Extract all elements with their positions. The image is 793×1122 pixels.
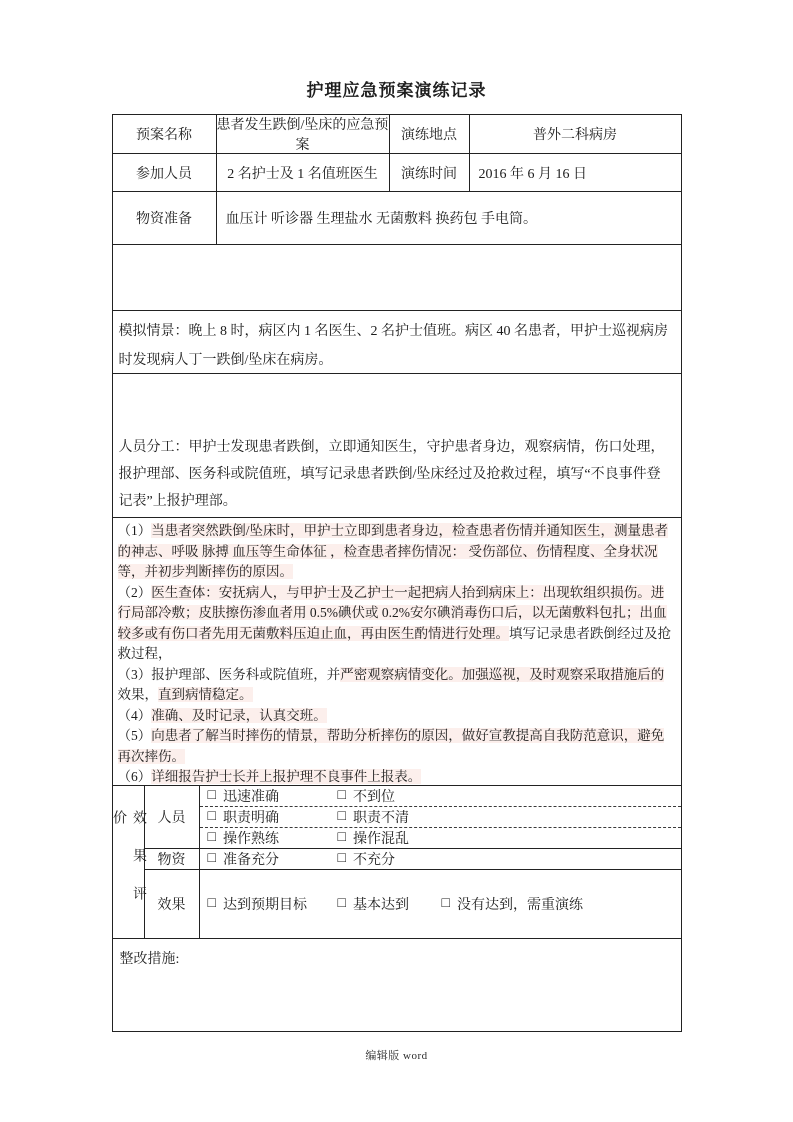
checkbox-label: 职责明确 (223, 807, 279, 827)
evaluation-row: 效果□达到预期目标□基本达到□没有达到，需重演练 (145, 870, 681, 938)
procedure-item: （1）当患者突然跌倒/坠床时，甲护士立即到患者身边，检查患者伤情并通知医生，测量… (118, 521, 676, 583)
checkbox-option[interactable]: □不到位 (338, 786, 442, 806)
drill-record-table: 预案名称 患者发生跌倒/坠床的应急预案 演练地点 普外二科病房 参加人员 2 名… (112, 114, 682, 1032)
option-row: □职责明确□职责不清 (200, 806, 681, 827)
checkbox-icon[interactable]: □ (338, 810, 346, 824)
option-row: □达到预期目标□基本达到□没有达到，需重演练 (200, 870, 681, 938)
participants-value: 2 名护士及 1 名值班医生 (217, 154, 390, 191)
location-value: 普外二科病房 (470, 115, 681, 153)
evaluation-category: 效果 (145, 870, 200, 938)
plain-text: （4） (118, 708, 152, 723)
plain-text: （6） (118, 769, 152, 784)
plain-text: （1） (118, 523, 152, 538)
table-row: 预案名称 患者发生跌倒/坠床的应急预案 演练地点 普外二科病房 (113, 115, 681, 154)
evaluation-rows: 人员□迅速准确□不到位□职责明确□职责不清□操作熟练□操作混乱物资□准备充分□不… (145, 786, 681, 938)
footer-note: 编辑版 word (0, 1047, 793, 1063)
procedure-item: （2）医生查体：安抚病人，与甲护士及乙护士一起把病人抬到病床上：出现软组织损伤。… (118, 583, 676, 665)
checkbox-option[interactable]: □操作混乱 (338, 828, 442, 848)
checkbox-label: 基本达到 (353, 894, 409, 914)
checkbox-option[interactable]: □操作熟练 (208, 828, 338, 848)
table-row: （1）当患者突然跌倒/坠床时，甲护士立即到患者身边，检查患者伤情并通知医生，测量… (113, 518, 681, 786)
checkbox-icon[interactable]: □ (338, 831, 346, 845)
plain-text: （3）报护理部、医务科或院值班，并 (118, 667, 341, 682)
evaluation-label: 效果评价 (113, 786, 145, 938)
checkbox-icon[interactable]: □ (208, 789, 216, 803)
checkbox-icon[interactable]: □ (442, 897, 450, 911)
checkbox-label: 职责不清 (353, 807, 409, 827)
page-title: 护理应急预案演练记录 (0, 0, 793, 101)
checkbox-icon[interactable]: □ (208, 852, 216, 866)
evaluation-row: 物资□准备充分□不充分 (145, 849, 681, 870)
highlighted-text: 向患者了解当时摔伤的情景，帮助分析摔伤的原因，做好宣教提高自我防范意识，避免再次… (118, 728, 665, 764)
plain-text: 效果， (118, 687, 159, 702)
checkbox-label: 达到预期目标 (223, 894, 307, 914)
checkbox-icon[interactable]: □ (338, 897, 346, 911)
checkbox-option[interactable]: □职责明确 (208, 807, 338, 827)
table-row: 参加人员 2 名护士及 1 名值班医生 演练时间 2016 年 6 月 16 日 (113, 154, 681, 192)
participants-label: 参加人员 (113, 154, 217, 191)
checkbox-icon[interactable]: □ (338, 789, 346, 803)
evaluation-options: □迅速准确□不到位□职责明确□职责不清□操作熟练□操作混乱 (200, 786, 681, 848)
time-label: 演练时间 (390, 154, 470, 191)
checkbox-label: 操作熟练 (223, 828, 279, 848)
procedure-list: （1）当患者突然跌倒/坠床时，甲护士立即到患者身边，检查患者伤情并通知医生，测量… (113, 518, 681, 785)
table-row: 演练目的:1.考核本科医生、护士对患者突发跌倒的处理应变能力及工作中的相互配合情… (113, 245, 681, 311)
procedure-item: （4）准确、及时记录，认真交班。 (118, 706, 676, 727)
plain-text: （2） (118, 585, 152, 600)
checkbox-option[interactable]: □迅速准确 (208, 786, 338, 806)
checkbox-icon[interactable]: □ (208, 810, 216, 824)
evaluation-options: □达到预期目标□基本达到□没有达到，需重演练 (200, 870, 681, 938)
checkbox-label: 准备充分 (223, 849, 279, 869)
checkbox-option[interactable]: □不充分 (338, 849, 442, 869)
procedure-item: （6）详细报告护士长并上报护理不良事件上报表。 (118, 767, 676, 785)
evaluation-category: 物资 (145, 849, 200, 869)
procedure-item: （3）报护理部、医务科或院值班，并严密观察病情变化。加强巡视，及时观察采取措施后… (118, 665, 676, 706)
staff-division-para1: 人员分工：甲护士发现患者跌倒，立即通知医生，守护患者身边，观察病情，伤口处理，报… (119, 434, 675, 515)
evaluation-category: 人员 (145, 786, 200, 848)
option-row: □迅速准确□不到位 (200, 786, 681, 806)
highlighted-text: 直到病情稳定。 (158, 687, 253, 702)
checkbox-icon[interactable]: □ (208, 897, 216, 911)
drill-purpose: 演练目的:1.考核本科医生、护士对患者突发跌倒的处理应变能力及工作中的相互配合情… (113, 245, 681, 310)
checkbox-icon[interactable]: □ (208, 831, 216, 845)
checkbox-option[interactable]: □达到预期目标 (208, 894, 338, 914)
plan-name-label: 预案名称 (113, 115, 217, 153)
table-row: 人员分工：甲护士发现患者跌倒，立即通知医生，守护患者身边，观察病情，伤口处理，报… (113, 374, 681, 518)
time-value: 2016 年 6 月 16 日 (470, 154, 681, 191)
checkbox-label: 不充分 (353, 849, 395, 869)
evaluation-label-text: 效果评价 (108, 786, 148, 938)
highlighted-text: 当患者突然跌倒/坠床时，甲护士立即到患者身边，检查患者伤情并通知医生，测量患者的… (118, 523, 669, 579)
checkbox-option[interactable]: □基本达到 (338, 894, 442, 914)
checkbox-label: 不到位 (353, 786, 395, 806)
procedure-item: （5）向患者了解当时摔伤的情景，帮助分析摔伤的原因，做好宣教提高自我防范意识，避… (118, 726, 676, 767)
location-label: 演练地点 (390, 115, 470, 153)
checkbox-icon[interactable]: □ (338, 852, 346, 866)
option-row: □准备充分□不充分 (200, 849, 681, 869)
document-page: 护理应急预案演练记录 预案名称 患者发生跌倒/坠床的应急预案 演练地点 普外二科… (0, 0, 793, 1122)
evaluation-options: □准备充分□不充分 (200, 849, 681, 869)
checkbox-option[interactable]: □职责不清 (338, 807, 442, 827)
materials-label: 物资准备 (113, 192, 217, 244)
table-row: 物资准备 血压计 听诊器 生理盐水 无菌敷料 换药包 手电筒。 (113, 192, 681, 245)
materials-value: 血压计 听诊器 生理盐水 无菌敷料 换药包 手电筒。 (217, 192, 681, 244)
checkbox-label: 迅速准确 (223, 786, 279, 806)
staff-division: 人员分工：甲护士发现患者跌倒，立即通知医生，守护患者身边，观察病情，伤口处理，报… (113, 374, 681, 517)
checkbox-option[interactable]: □准备充分 (208, 849, 338, 869)
table-row: 整改措施: (113, 939, 681, 1031)
evaluation-row: 人员□迅速准确□不到位□职责明确□职责不清□操作熟练□操作混乱 (145, 786, 681, 849)
highlighted-text: 准确、及时记录，认真交班。 (151, 708, 327, 723)
option-row: □操作熟练□操作混乱 (200, 827, 681, 848)
plan-name-value: 患者发生跌倒/坠床的应急预案 (217, 115, 390, 153)
checkbox-label: 没有达到，需重演练 (457, 894, 583, 914)
checkbox-label: 操作混乱 (353, 828, 409, 848)
highlighted-text: 严密观察病情变化。加强巡视，及时观察采取措施后的 (340, 667, 664, 682)
table-row: 模拟情景：晚上 8 时，病区内 1 名医生、2 名护士值班。病区 40 名患者，… (113, 311, 681, 374)
rectification-measures: 整改措施: (113, 939, 681, 1031)
checkbox-option[interactable]: □没有达到，需重演练 (442, 894, 583, 914)
evaluation-section: 效果评价 人员□迅速准确□不到位□职责明确□职责不清□操作熟练□操作混乱物资□准… (113, 786, 681, 939)
plain-text: （5） (118, 728, 152, 743)
highlighted-text: 详细报告护士长并上报护理不良事件上报表。 (151, 769, 421, 784)
simulated-scenario: 模拟情景：晚上 8 时，病区内 1 名医生、2 名护士值班。病区 40 名患者，… (113, 311, 681, 373)
